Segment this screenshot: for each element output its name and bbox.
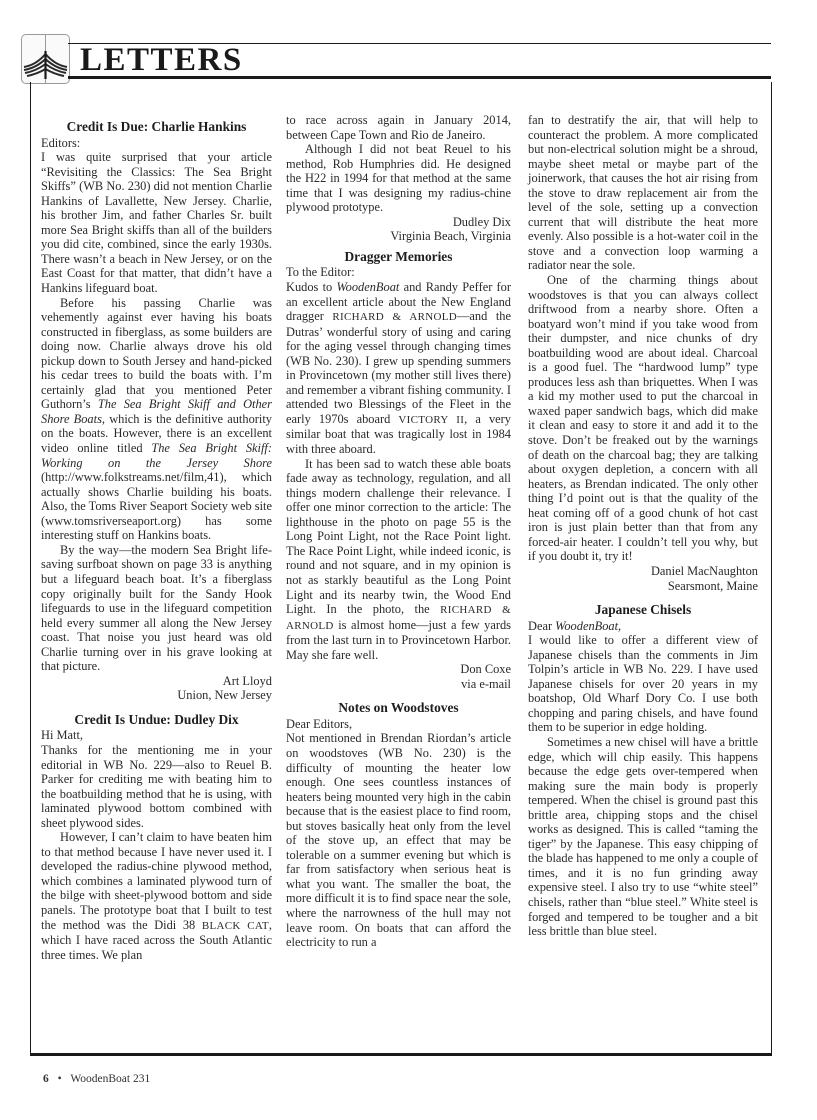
letter-paragraph: Kudos to WoodenBoat and Randy Peffer for… [286, 280, 511, 457]
letter-paragraph: Not mentioned in Brendan Riordan’s artic… [286, 731, 511, 949]
section-logo [21, 34, 70, 84]
signature-name: Daniel MacNaughton [528, 564, 758, 579]
letter-paragraph: I was quite surprised that your article … [41, 150, 272, 295]
letter-headline: Dragger Memories [286, 250, 511, 265]
letter-paragraph: I would like to offer a different view o… [528, 633, 758, 735]
letter-paragraph: Although I did not beat Reuel to his met… [286, 142, 511, 215]
letter-headline: Credit Is Undue: Dudley Dix [41, 713, 272, 728]
letter-paragraph: Sometimes a new chisel will have a britt… [528, 735, 758, 939]
text-run: Dear [528, 619, 555, 633]
letter-paragraph: Before his passing Charlie was vehementl… [41, 296, 272, 543]
letter-paragraph: Thanks for the mentioning me in your edi… [41, 743, 272, 830]
letter-salutation: Editors: [41, 136, 272, 151]
section-title: LETTERS [80, 44, 243, 76]
magazine-name: WoodenBoat [336, 280, 399, 294]
letter-headline: Notes on Woodstoves [286, 701, 511, 716]
signature-place: Virginia Beach, Virginia [286, 229, 511, 244]
column-3: fan to destratify the air, that will hel… [528, 113, 758, 939]
text-run: Kudos to [286, 280, 336, 294]
signature-place: via e-mail [286, 677, 511, 692]
letter-headline: Credit Is Due: Charlie Hankins [41, 120, 272, 135]
column-1: Credit Is Due: Charlie Hankins Editors: … [41, 120, 272, 962]
text-run: , [618, 619, 621, 633]
page-number: 6 [43, 1073, 49, 1085]
signature-place: Searsmont, Maine [528, 579, 758, 594]
bullet-separator: • [58, 1073, 62, 1085]
signature-name: Art Lloyd [41, 674, 272, 689]
letter-salutation: Dear Editors, [286, 717, 511, 732]
signature-place: Union, New Jersey [41, 688, 272, 703]
letter-paragraph: It has been sad to watch these able boat… [286, 457, 511, 663]
letter-salutation: To the Editor: [286, 265, 511, 280]
letter-salutation: Dear WoodenBoat, [528, 619, 758, 634]
letter-paragraph: However, I can’t claim to have beaten hi… [41, 830, 272, 962]
letter-paragraph: By the way—the modern Sea Bright life-sa… [41, 543, 272, 674]
letter-headline: Japanese Chisels [528, 603, 758, 618]
letter-paragraph-continued: fan to destratify the air, that will hel… [528, 113, 758, 273]
text-run: Before his passing Charlie was vehementl… [41, 296, 272, 412]
magazine-name: WoodenBoat [555, 619, 618, 633]
header-rule-bottom [68, 76, 771, 79]
publication-issue: WoodenBoat 231 [70, 1073, 150, 1085]
letter-paragraph-continued: to race across again in January 2014, be… [286, 113, 511, 142]
column-2: to race across again in January 2014, be… [286, 113, 511, 950]
boat-hull-ribs-icon [22, 35, 69, 83]
text-run: However, I can’t claim to have beaten hi… [41, 830, 272, 931]
signature-name: Don Coxe [286, 662, 511, 677]
page-footer: 6 • WoodenBoat 231 [43, 1073, 150, 1085]
text-run: (http://www.folkstreams.net/film,41), wh… [41, 470, 272, 542]
letter-paragraph: One of the charming things about woodsto… [528, 273, 758, 564]
boat-name: BLACK CAT [202, 920, 269, 932]
boat-name: RICHARD & ARNOLD [332, 311, 457, 323]
text-run: —and the Dutras’ wonderful story of usin… [286, 309, 511, 426]
boat-name: VICTORY II [398, 414, 464, 426]
letter-salutation: Hi Matt, [41, 728, 272, 743]
text-run: It has been sad to watch these able boat… [286, 457, 511, 616]
signature-name: Dudley Dix [286, 215, 511, 230]
